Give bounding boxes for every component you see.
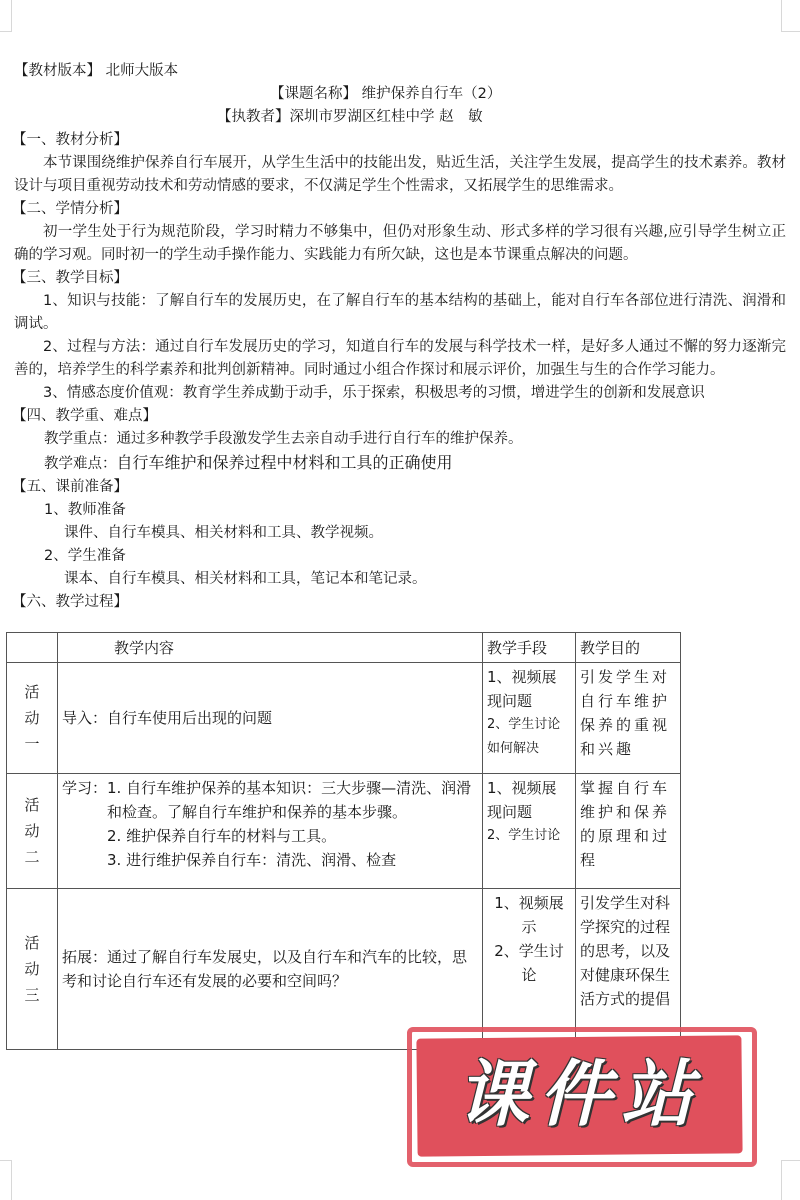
content-cell: 导入：自行车使用后出现的问题: [58, 663, 483, 774]
purpose-cell: 掌握自行车维护和保养的原理和过程: [576, 774, 681, 889]
lesson-title-line: 【课题名称】 维护保养自行车（2）: [14, 83, 786, 106]
section-heading-textbook-analysis: 【一、教材分析】: [12, 129, 786, 152]
section-heading-preparation: 【五、课前准备】: [12, 476, 786, 499]
student-analysis-paragraph: 初一学生处于行为规范阶段，学习时精力不够集中，但仍对形象生动、形式多样的学习很有…: [14, 221, 786, 267]
watermark-text: 课件站: [425, 1039, 735, 1149]
learning-content: 学习： 1. 自行车维护保养的基本知识：三大步骤—清洗、润滑和检查。了解自行车维…: [62, 776, 478, 872]
crop-mark-top-right: [781, 0, 800, 32]
method-item: 1、视频展现问题: [487, 776, 571, 824]
activity-cell: 活动二: [7, 774, 58, 889]
content-item: 1. 自行车维护保养的基本知识：三大步骤—清洗、润滑和检查。了解自行车维护和保养…: [107, 776, 478, 824]
student-prep-label: 2、学生准备: [14, 545, 786, 568]
purpose-cell: 引发学生对自行车维护保养的重视和兴趣: [576, 663, 681, 774]
difficulty-line: 教学难点：自行车维护和保养过程中材料和工具的正确使用: [14, 451, 786, 476]
header-cell-empty: [7, 633, 58, 663]
watermark-stamp: 课件站: [405, 1017, 760, 1167]
lesson-title-label: 【课题名称】: [270, 86, 357, 102]
difficulty-label: 教学难点：: [44, 456, 117, 472]
edition-value: 北师大版本: [106, 63, 179, 79]
teacher-value: 深圳市罗湖区红桂中学 赵 敏: [290, 109, 483, 125]
activity-cell: 活动一: [7, 663, 58, 774]
teacher-prep-items: 课件、自行车模具、相关材料和工具、教学视频。: [14, 522, 786, 545]
content-label: 学习：: [62, 776, 107, 872]
method-cell: 1、视频展现问题 2、学生讨论如何解决: [483, 663, 576, 774]
content-cell: 学习： 1. 自行车维护保养的基本知识：三大步骤—清洗、润滑和检查。了解自行车维…: [58, 774, 483, 889]
method-item: 1、视频展示: [487, 891, 571, 939]
teacher-line: 【执教者】深圳市罗湖区红桂中学 赵 敏: [14, 106, 786, 129]
crop-mark-top-left: [0, 0, 12, 32]
table-header-row: 教学内容 教学手段 教学目的: [7, 633, 681, 663]
content-item: 2. 维护保养自行车的材料与工具。: [107, 824, 478, 848]
content-text: 导入：自行车使用后出现的问题: [62, 709, 272, 727]
edition-label: 【教材版本】: [14, 63, 101, 79]
goal-attitude: 3、情感态度价值观：教育学生养成勤于动手，乐于探索，积极思考的习惯，增进学生的创…: [14, 382, 786, 405]
method-item: 2、学生讨论: [487, 824, 571, 848]
goal-process: 2、过程与方法：通过自行车发展历史的学习，知道自行车的发展与科学技术一样，是好多…: [14, 336, 786, 382]
key-point: 教学重点：通过多种教学手段激发学生去亲自动手进行自行车的维护保养。: [14, 428, 786, 451]
header-cell-content: 教学内容: [58, 633, 483, 663]
header-cell-method: 教学手段: [483, 633, 576, 663]
method-cell: 1、视频展现问题 2、学生讨论: [483, 774, 576, 889]
activity-label: 活动二: [25, 792, 40, 870]
activity-label: 活动一: [25, 679, 40, 757]
crop-mark-bottom-right: [781, 1160, 800, 1200]
section-heading-student-analysis: 【二、学情分析】: [12, 198, 786, 221]
teacher-label: 【执教者】: [217, 109, 290, 125]
content-item: 3. 进行维护保养自行车：清洗、润滑、检查: [107, 848, 478, 872]
section-heading-teaching-goals: 【三、教学目标】: [12, 267, 786, 290]
teaching-process-table: 教学内容 教学手段 教学目的 活动一 导入：自行车使用后出现的问题 1、视频展现…: [6, 632, 681, 1050]
method-item: 1、视频展现问题: [487, 665, 571, 713]
crop-mark-bottom-left: [0, 1160, 12, 1200]
lesson-title-value: 维护保养自行车（2）: [362, 86, 502, 102]
table-row: 活动二 学习： 1. 自行车维护保养的基本知识：三大步骤—清洗、润滑和检查。了解…: [7, 774, 681, 889]
activity-label: 活动三: [25, 930, 40, 1008]
header-cell-purpose: 教学目的: [576, 633, 681, 663]
method-item: 2、学生讨论: [487, 939, 571, 987]
section-heading-teaching-process: 【六、教学过程】: [12, 591, 786, 614]
activity-cell: 活动三: [7, 889, 58, 1050]
edition-line: 【教材版本】 北师大版本: [14, 60, 786, 83]
content-items: 1. 自行车维护保养的基本知识：三大步骤—清洗、润滑和检查。了解自行车维护和保养…: [107, 776, 478, 872]
lesson-plan-document: 【教材版本】 北师大版本 【课题名称】 维护保养自行车（2） 【执教者】深圳市罗…: [14, 60, 786, 614]
student-prep-items: 课本、自行车模具、相关材料和工具，笔记本和笔记录。: [14, 568, 786, 591]
difficulty-value: 自行车维护和保养过程中材料和工具的正确使用: [117, 453, 453, 472]
goal-knowledge: 1、知识与技能：了解自行车的发展历史，在了解自行车的基本结构的基础上，能对自行车…: [14, 290, 786, 336]
textbook-analysis-paragraph: 本节课围绕维护保养自行车展开，从学生生活中的技能出发，贴近生活，关注学生发展，提…: [14, 152, 786, 198]
table-row: 活动一 导入：自行车使用后出现的问题 1、视频展现问题 2、学生讨论如何解决 引…: [7, 663, 681, 774]
teacher-prep-label: 1、教师准备: [14, 499, 786, 522]
section-heading-key-points: 【四、教学重、难点】: [12, 405, 786, 428]
method-item: 2、学生讨论如何解决: [487, 713, 571, 761]
